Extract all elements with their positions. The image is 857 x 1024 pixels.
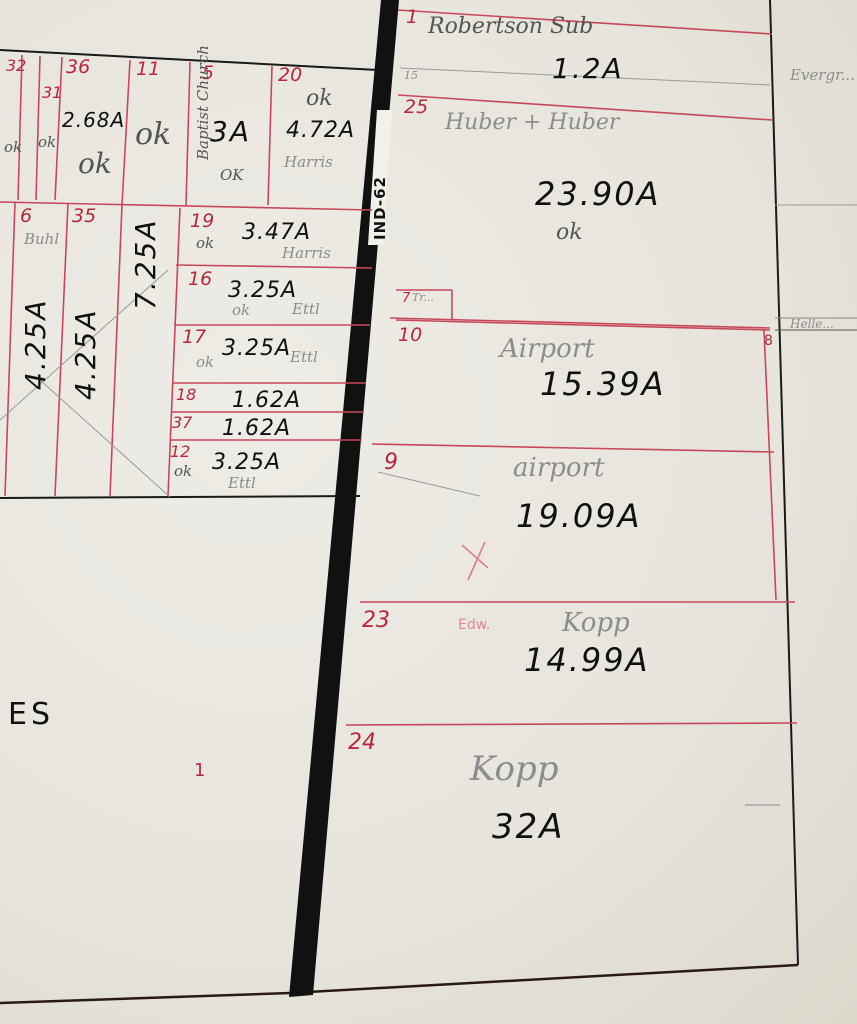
parcel-owner: Huber + Huber: [445, 112, 619, 134]
parcel-acreage: 1.62A: [232, 390, 301, 412]
parcel-number: 1: [406, 8, 418, 27]
parcel-acreage: 3.25A: [222, 338, 291, 360]
parcel-acreage: 1.62A: [222, 418, 291, 440]
parcel-number: 19: [190, 212, 214, 231]
parcel-owner: airport: [513, 455, 604, 481]
parcel-number: 9: [384, 452, 398, 474]
parcel-number: 8: [764, 334, 773, 348]
parcel-owner: Buhl: [24, 232, 59, 247]
parcel-owner: Baptist Church: [196, 45, 211, 160]
parcel-number: 1: [194, 762, 205, 780]
parcel-owner: Kopp: [562, 610, 630, 636]
parcel-acreage: 2.68A: [62, 110, 125, 130]
parcel-owner: Robertson Sub: [428, 16, 593, 38]
parcel-number: 37: [172, 415, 192, 431]
parcel-note: ok: [196, 236, 214, 251]
parcel-owner: Kopp: [470, 752, 559, 786]
parcel-number: 32: [6, 58, 26, 74]
parcel-number: 23: [362, 610, 390, 632]
parcel-boundaries: [0, 0, 857, 1024]
parcel-acreage: 3A: [210, 118, 251, 146]
parcel-owner: Ettl: [292, 302, 320, 317]
parcel-acreage: 23.90A: [535, 178, 661, 210]
parcel-note: ok: [4, 140, 22, 155]
parcel-number: 12: [170, 444, 190, 460]
parcel-note: Tr...: [412, 292, 434, 303]
parcel-acreage: 4.25A: [22, 299, 50, 391]
region-label: ES: [8, 700, 54, 730]
parcel-acreage: 3.25A: [228, 280, 297, 302]
parcel-acreage: 3.47A: [242, 222, 311, 244]
parcel-note: ok: [306, 88, 333, 110]
parcel-owner: Harris: [284, 155, 333, 170]
parcel-number: 25: [404, 98, 428, 117]
parcel-number: 24: [348, 732, 376, 754]
parcel-acreage: 14.99A: [524, 644, 650, 676]
road-label-ind-62: IND-62: [371, 176, 389, 240]
parcel-number: 10: [398, 326, 422, 345]
parcel-acreage: 4.25A: [72, 309, 100, 401]
parcel-acreage: 4.72A: [286, 120, 355, 142]
parcel-note: Edw.: [458, 618, 490, 632]
parcel-owner: Airport: [500, 336, 595, 362]
parcel-number: 16: [188, 270, 212, 289]
parcel-number: 35: [72, 207, 96, 226]
parcel-note: ok: [135, 120, 171, 150]
parcel-acreage: 3.25A: [212, 452, 281, 474]
parcel-acreage: 32A: [492, 810, 565, 844]
parcel-owner: Ettl: [290, 350, 318, 365]
parcel-acreage: 1.2A: [552, 55, 624, 83]
margin-note: Helle...: [790, 318, 834, 330]
parcel-number: 6: [20, 207, 32, 226]
parcel-note: ok: [196, 355, 214, 370]
parcel-sub-label: 15: [404, 70, 418, 81]
parcel-acreage: 15.39A: [540, 368, 666, 400]
parcel-number: 18: [176, 387, 196, 403]
parcel-note: OK: [220, 168, 244, 183]
parcel-number: 36: [66, 58, 90, 77]
parcel-note: ok: [78, 150, 112, 178]
parcel-acreage: 19.09A: [516, 500, 642, 532]
parcel-note: ok: [38, 135, 56, 150]
parcel-number: 17: [182, 328, 206, 347]
parcel-owner: Harris: [282, 246, 331, 261]
parcel-owner: Ettl: [228, 476, 256, 491]
parcel-number: 11: [136, 60, 160, 79]
parcel-number: 20: [278, 66, 302, 85]
parcel-acreage: 7.25A: [132, 219, 160, 311]
parcel-map: IND-62 32 ok 31 ok 36 2.68A ok 11 ok 5 3…: [0, 0, 857, 1024]
parcel-number: 31: [42, 85, 62, 101]
parcel-note: ok: [556, 222, 583, 244]
parcel-note: ok: [174, 464, 192, 479]
parcel-note: ok: [232, 303, 250, 318]
margin-note: Evergr...: [790, 68, 855, 83]
parcel-number: 7: [402, 292, 410, 305]
